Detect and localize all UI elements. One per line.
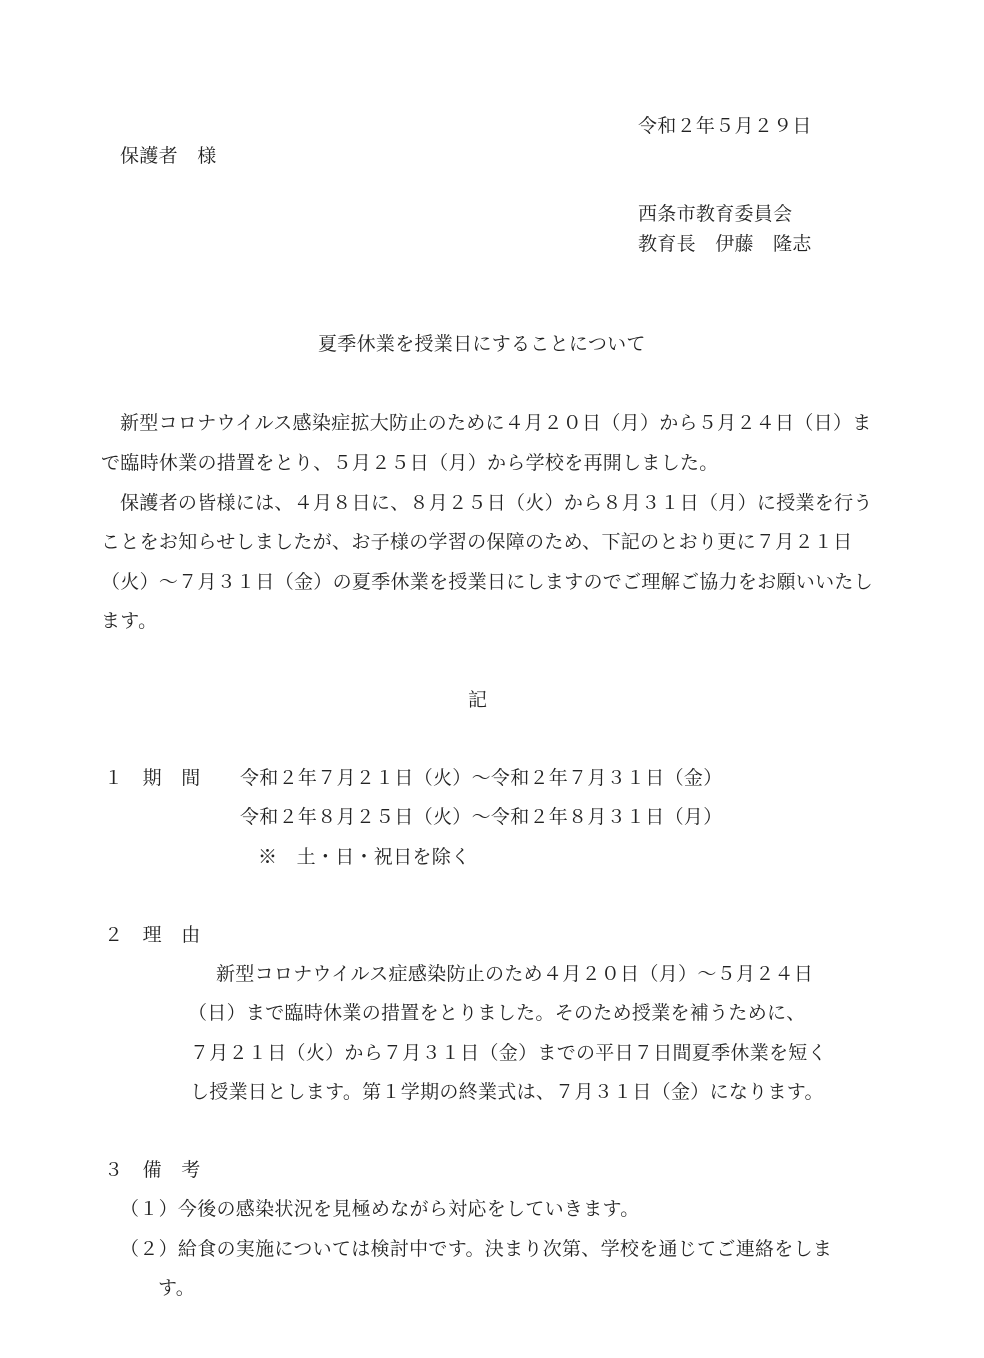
ki-heading: 記 — [468, 688, 487, 712]
body-line: 新型コロナウイルス感染症拡大防止のために４月２０日（月）から５月２４日（日）ま — [120, 411, 872, 435]
date: 令和２年５月２９日 — [638, 114, 812, 138]
section-heading: ３ 備 考 — [104, 1158, 201, 1182]
recipient: 保護者 様 — [120, 144, 217, 168]
body-line: 保護者の皆様には、４月８日に、８月２５日（火）から８月３１日（月）に授業を行う — [120, 491, 873, 515]
section-heading: ２ 理 由 — [104, 923, 201, 947]
body-line: ます。 — [101, 609, 157, 633]
reason-line: ７月２１日（火）から７月３１日（金）までの平日７日間夏季休業を短く — [190, 1041, 827, 1065]
sender-org: 西条市教育委員会 — [638, 202, 792, 226]
body-line: ことをお知らせしましたが、お子様の学習の保障のため、下記のとおり更に７月２１日 — [101, 530, 852, 554]
period-line: 令和２年７月２１日（火）～令和２年７月３１日（金） — [240, 766, 723, 790]
body-line: で臨時休業の措置をとり、５月２５日（月）から学校を再開しました。 — [101, 451, 719, 475]
remark-item: （１）今後の感染状況を見極めながら対応をしていきます。 — [120, 1197, 640, 1221]
remark-item: （２）給食の実施については検討中です。決まり次第、学校を通じてご連絡をしま — [120, 1237, 832, 1261]
remark-item-continued: す。 — [158, 1276, 195, 1300]
reason-line: 新型コロナウイルス症感染防止のため４月２０日（月）～５月２４日 — [216, 962, 813, 986]
reason-line: し授業日とします。第１学期の終業式は、７月３１日（金）になります。 — [190, 1080, 824, 1104]
body-line: （火）～７月３１日（金）の夏季休業を授業日にしますのでご理解ご協力をお願いいたし — [101, 570, 873, 594]
section-heading: １ 期 間 — [104, 766, 201, 790]
period-note: ※ 土・日・祝日を除く — [258, 845, 470, 869]
reason-line: （日）まで臨時休業の措置をとりました。そのため授業を補うために、 — [188, 1001, 806, 1025]
sender-name: 教育長 伊藤 隆志 — [638, 232, 812, 256]
document-title: 夏季休業を授業日にすることについて — [318, 332, 646, 356]
period-line: 令和２年８月２５日（火）～令和２年８月３１日（月） — [240, 805, 723, 829]
